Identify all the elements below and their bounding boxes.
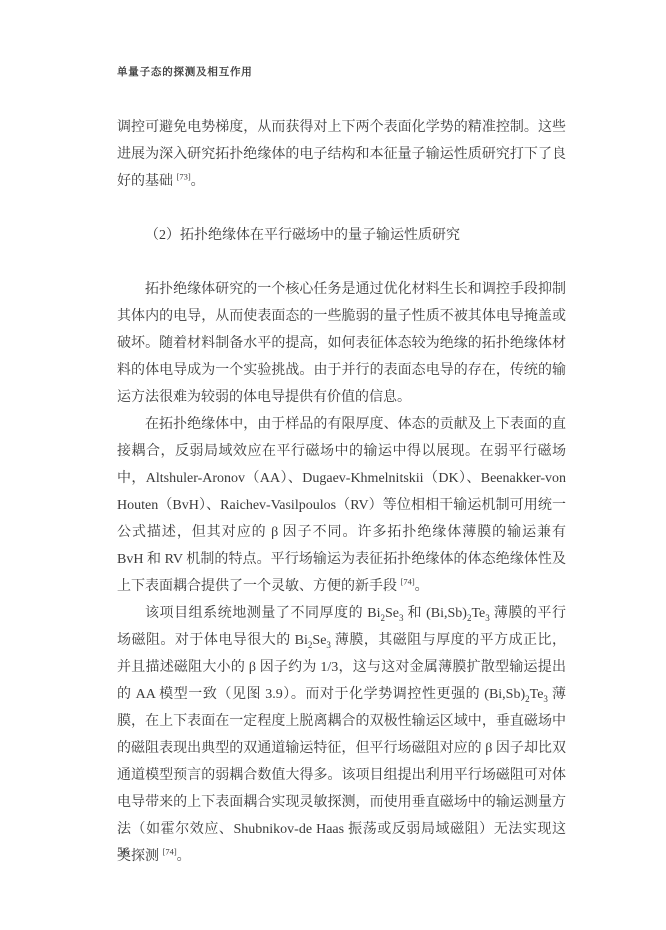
- page-number: 56: [117, 845, 130, 860]
- section-heading: （2）拓扑绝缘体在平行磁场中的量子输运性质研究: [117, 222, 566, 249]
- running-header-title: 单量子态的探测及相互作用: [117, 64, 253, 79]
- paragraph-core-task: 拓扑绝缘体研究的一个核心任务是通过优化材料生长和调控手段抑制其体内的电导，从而使…: [117, 276, 566, 411]
- page-content: 调控可避免电势梯度，从而获得对上下两个表面化学势的精准控制。这些进展为深入研究拓…: [117, 114, 566, 870]
- document-page: 单量子态的探测及相互作用 调控可避免电势梯度，从而获得对上下两个表面化学势的精准…: [0, 0, 666, 930]
- paragraph-weak-antilocalization: 在拓扑绝缘体中，由于样品的有限厚度、体态的贡献及上下表面的直接耦合，反弱局域效应…: [117, 411, 566, 600]
- paragraph-measurement-results: 该项目组系统地测量了不同厚度的 Bi2Se3 和 (Bi,Sb)2Te3 薄膜的…: [117, 600, 566, 870]
- paragraph-continuation: 调控可避免电势梯度，从而获得对上下两个表面化学势的精准控制。这些进展为深入研究拓…: [117, 114, 566, 195]
